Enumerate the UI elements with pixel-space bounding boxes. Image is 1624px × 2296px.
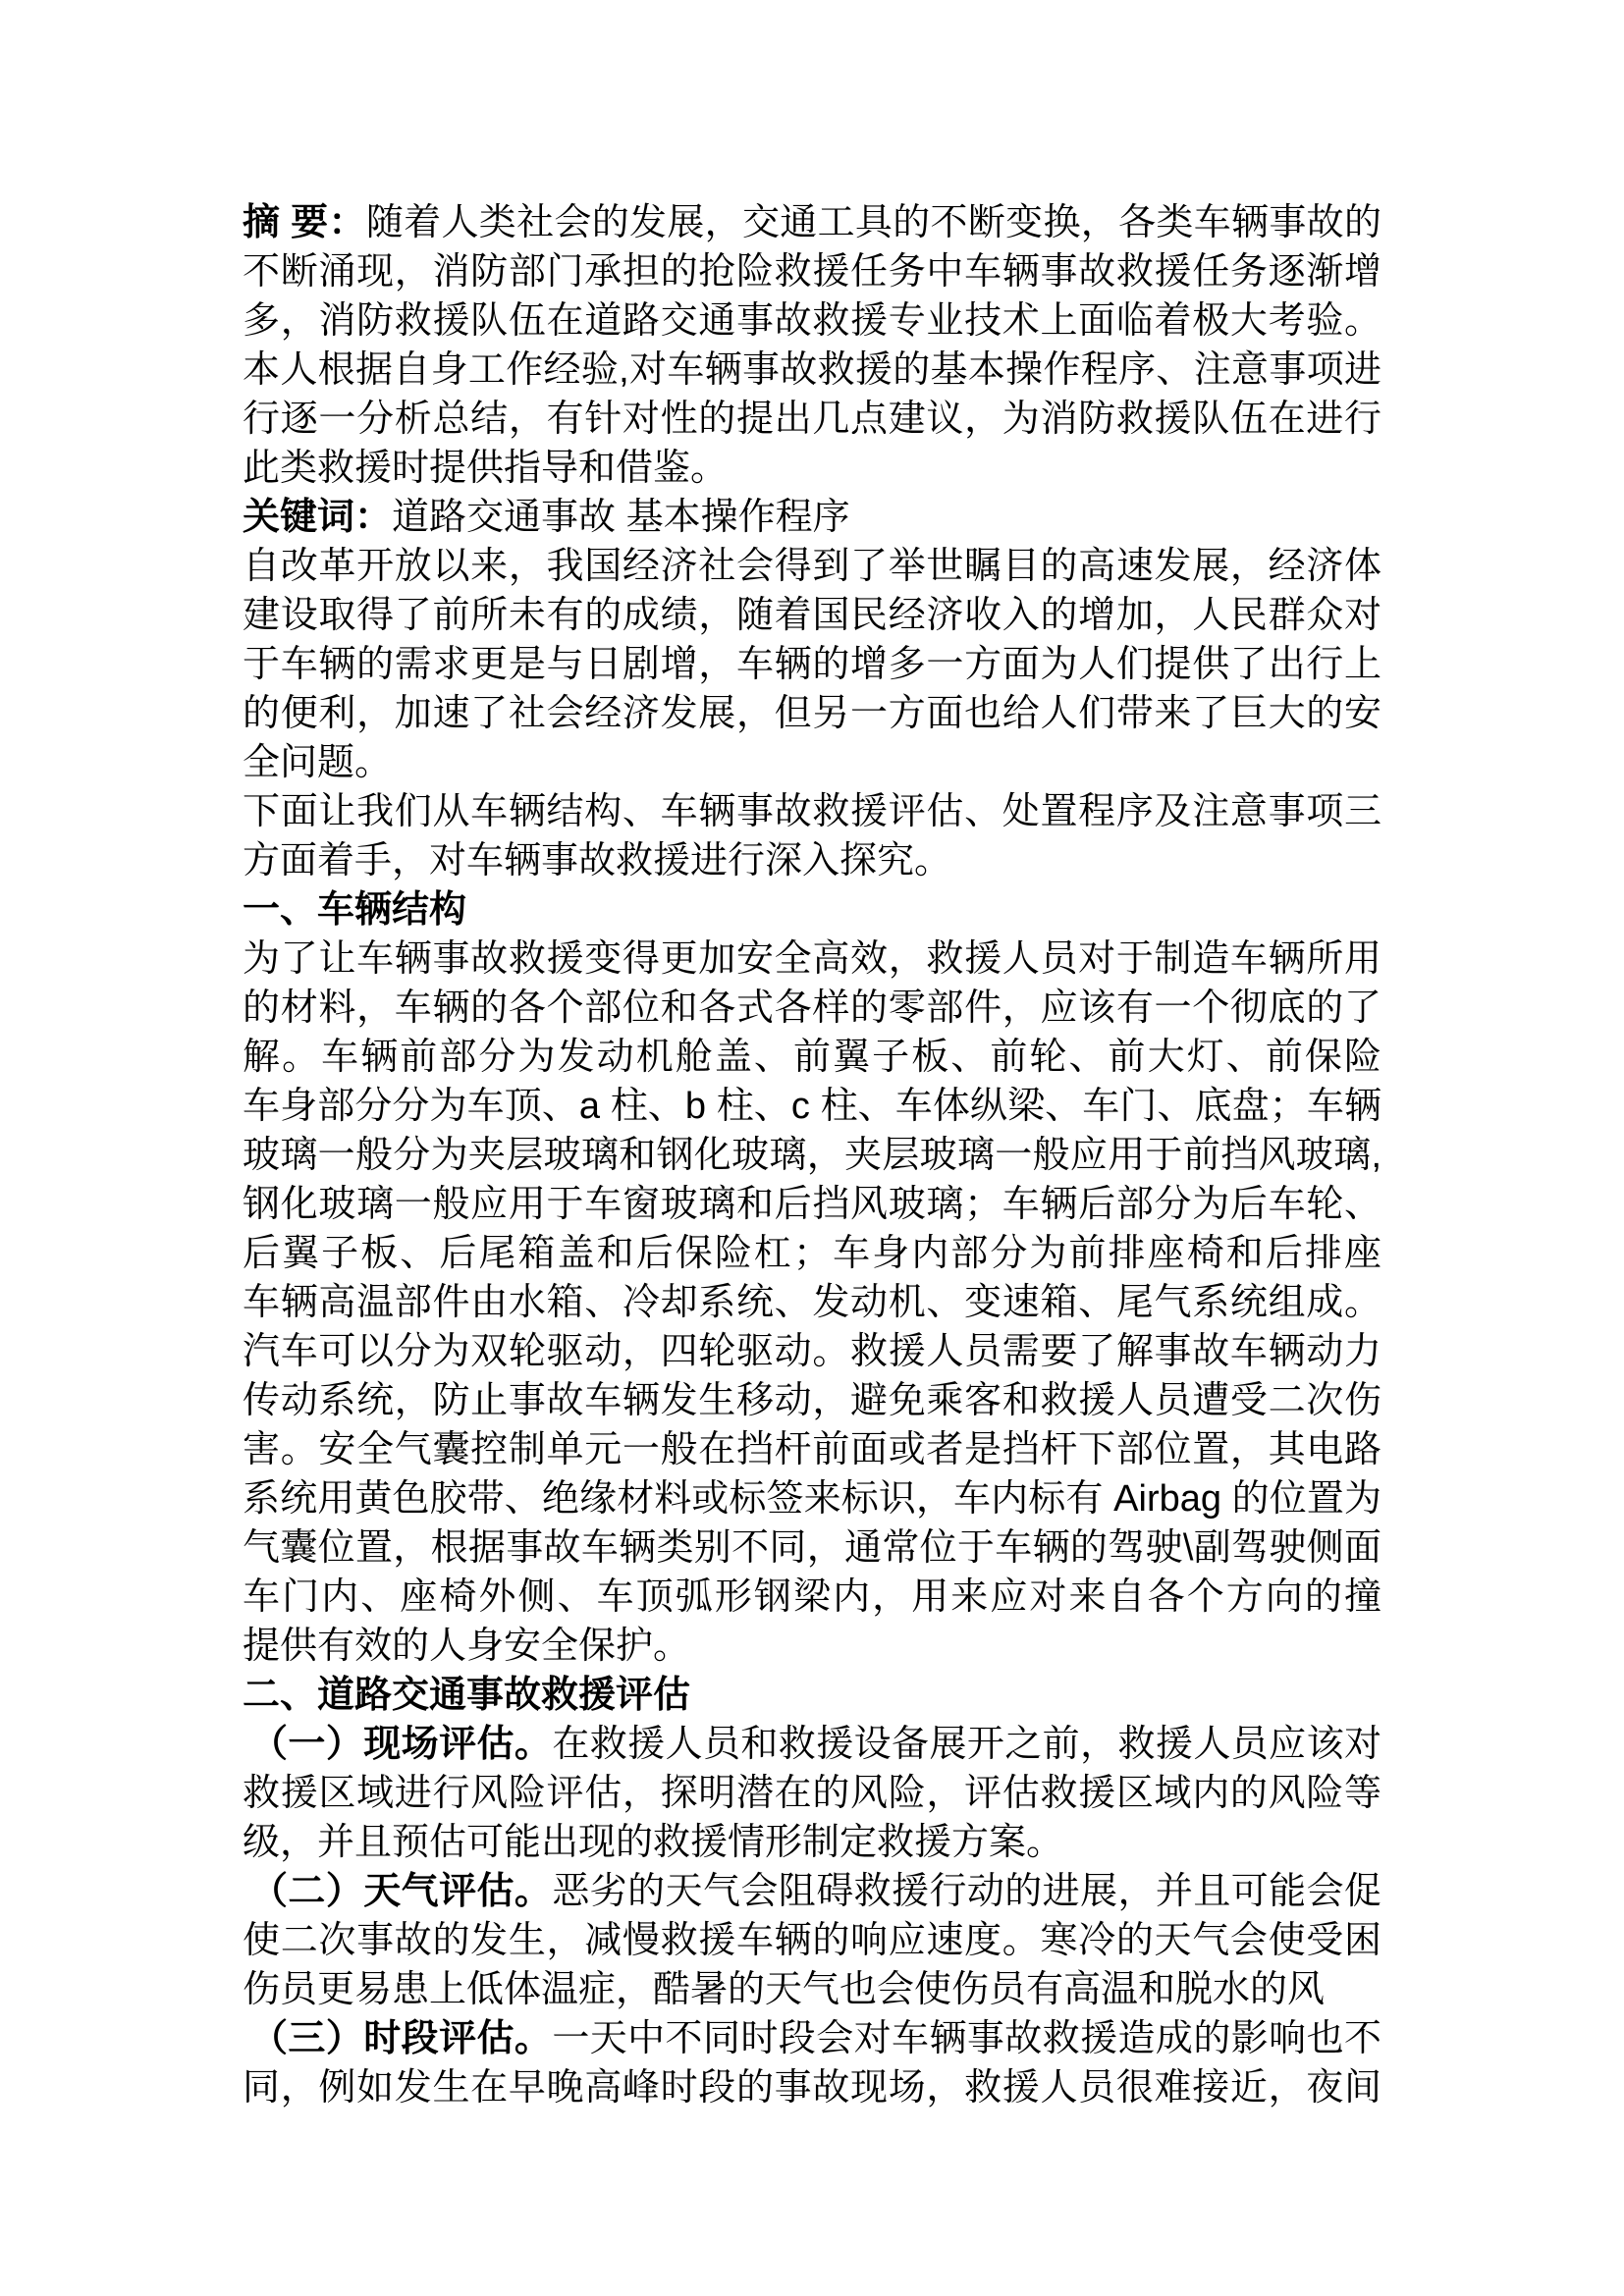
text-run: 本人根据自身工作经验,对车辆事故救援的基本操作程序、注意事项进 — [243, 349, 1381, 391]
text-run: 一天中不同时段会对车辆事故救援造成的影响也不 — [552, 2018, 1381, 2059]
text-line: （三）时段评估。一天中不同时段会对车辆事故救援造成的影响也不 — [243, 2014, 1381, 2063]
text-line: 的材料，车辆的各个部位和各式各样的零部件，应该有一个彻底的了 — [243, 984, 1381, 1033]
text-run: 后翼子板、后尾箱盖和后保险杠；车身内部分为前排座椅和后排座椅； — [243, 1233, 1381, 1278]
text-run: 同，例如发生在早晚高峰时段的事故现场，救援人员很难接近，夜间 — [243, 2067, 1381, 2109]
text-line: 行逐一分析总结，有针对性的提出几点建议，为消防救援队伍在进行 — [243, 395, 1381, 444]
text-line: 方面着手，对车辆事故救援进行深入探究。 — [243, 836, 1381, 885]
text-run: 使二次事故的发生，减慢救援车辆的响应速度。寒冷的天气会使受困 — [243, 1920, 1381, 1961]
bold-text-run: （一）现场评估。 — [250, 1724, 552, 1765]
text-line: 车辆高温部件由水箱、冷却系统、发动机、变速箱、尾气系统组成。 — [243, 1278, 1381, 1327]
text-run: 车门内、座椅外侧、车顶弧形钢梁内，用来应对来自各个方向的撞击， — [243, 1576, 1381, 1622]
text-run: 害。安全气囊控制单元一般在挡杆前面或者是挡杆下部位置，其电路 — [243, 1429, 1381, 1470]
text-line: 二、道路交通事故救援评估 — [243, 1671, 1381, 1720]
text-run: 自改革开放以来，我国经济社会得到了举世瞩目的高速发展，经济体 — [243, 546, 1381, 587]
text-line: 玻璃一般分为夹层玻璃和钢化玻璃，夹层玻璃一般应用于前挡风玻璃, — [243, 1131, 1381, 1180]
text-line: 伤员更易患上低体温症，酷暑的天气也会使伤员有高温和脱水的风险。 — [243, 1965, 1381, 2014]
text-line: 车身部分分为车顶、a 柱、b 柱、c 柱、车体纵梁、车门、底盘；车辆 — [243, 1082, 1381, 1131]
text-run: 道路交通事故 基本操作程序 — [392, 497, 850, 538]
text-line: 于车辆的需求更是与日剧增，车辆的增多一方面为人们提供了出行上 — [243, 640, 1381, 689]
text-run: 的材料，车辆的各个部位和各式各样的零部件，应该有一个彻底的了 — [243, 988, 1381, 1029]
text-line: 自改革开放以来，我国经济社会得到了举世瞩目的高速发展，经济体 — [243, 542, 1381, 591]
text-run: 解。车辆前部分为发动机舱盖、前翼子板、前轮、前大灯、前保险杠； — [243, 1037, 1381, 1082]
text-line: 一、车辆结构 — [243, 885, 1381, 934]
text-line: 使二次事故的发生，减慢救援车辆的响应速度。寒冷的天气会使受困 — [243, 1916, 1381, 1965]
text-line: 全问题。 — [243, 738, 1381, 787]
text-run: 系统用黄色胶带、绝缘材料或标签来标识，车内标有 Airbag 的位置为 — [243, 1478, 1381, 1520]
text-run: 随着人类社会的发展，交通工具的不断变换，各类车辆事故的 — [366, 202, 1381, 243]
bold-text-run: 摘 要： — [243, 202, 366, 243]
bold-text-run: （三）时段评估。 — [250, 2018, 552, 2059]
text-run: 不断涌现，消防部门承担的抢险救援任务中车辆事故救援任务逐渐增 — [243, 251, 1381, 293]
text-line: 级，并且预估可能出现的救援情形制定救援方案。 — [243, 1818, 1381, 1867]
text-line: 传动系统，防止事故车辆发生移动，避免乘客和救援人员遭受二次伤 — [243, 1376, 1381, 1425]
text-line: 摘 要：随着人类社会的发展，交通工具的不断变换，各类车辆事故的 — [243, 198, 1381, 247]
text-line: （二）天气评估。恶劣的天气会阻碍救援行动的进展，并且可能会促 — [243, 1867, 1381, 1916]
text-run: 的便利，加速了社会经济发展，但另一方面也给人们带来了巨大的安 — [243, 693, 1381, 734]
text-line: 本人根据自身工作经验,对车辆事故救援的基本操作程序、注意事项进 — [243, 346, 1381, 395]
text-run: 全问题。 — [243, 742, 392, 783]
text-line: 系统用黄色胶带、绝缘材料或标签来标识，车内标有 Airbag 的位置为 — [243, 1474, 1381, 1523]
text-line: 车门内、座椅外侧、车顶弧形钢梁内，用来应对来自各个方向的撞击， — [243, 1573, 1381, 1622]
bold-text-run: 二、道路交通事故救援评估 — [243, 1675, 690, 1716]
text-run: 恶劣的天气会阻碍救援行动的进展，并且可能会促 — [552, 1871, 1381, 1912]
text-run: 钢化玻璃一般应用于车窗玻璃和后挡风玻璃；车辆后部分为后车轮、 — [243, 1184, 1381, 1225]
text-line: 此类救援时提供指导和借鉴。 — [243, 444, 1381, 493]
text-line: 同，例如发生在早晚高峰时段的事故现场，救援人员很难接近，夜间 — [243, 2063, 1381, 2112]
text-line: 下面让我们从车辆结构、车辆事故救援评估、处置程序及注意事项三 — [243, 787, 1381, 836]
text-line: 救援区域进行风险评估，探明潜在的风险，评估救援区域内的风险等 — [243, 1769, 1381, 1818]
text-run: 级，并且预估可能出现的救援情形制定救援方案。 — [243, 1822, 1063, 1863]
text-line: 关键词：道路交通事故 基本操作程序 — [243, 493, 1381, 542]
text-run: 下面让我们从车辆结构、车辆事故救援评估、处置程序及注意事项三 — [243, 791, 1381, 832]
text-run: 提供有效的人身安全保护。 — [243, 1626, 690, 1667]
text-run: 汽车可以分为双轮驱动，四轮驱动。救援人员需要了解事故车辆动力 — [243, 1331, 1381, 1372]
text-run: 车身部分分为车顶、a 柱、b 柱、c 柱、车体纵梁、车门、底盘；车辆 — [243, 1086, 1381, 1127]
text-line: 解。车辆前部分为发动机舱盖、前翼子板、前轮、前大灯、前保险杠； — [243, 1033, 1381, 1082]
text-line: 不断涌现，消防部门承担的抢险救援任务中车辆事故救援任务逐渐增 — [243, 247, 1381, 296]
text-run: 建设取得了前所未有的成绩，随着国民经济收入的增加，人民群众对 — [243, 595, 1381, 636]
text-line: 害。安全气囊控制单元一般在挡杆前面或者是挡杆下部位置，其电路 — [243, 1425, 1381, 1474]
text-line: 为了让车辆事故救援变得更加安全高效，救援人员对于制造车辆所用 — [243, 934, 1381, 984]
bold-text-run: （二）天气评估。 — [250, 1871, 552, 1912]
text-line: 气囊位置，根据事故车辆类别不同，通常位于车辆的驾驶\副驾驶侧面 — [243, 1523, 1381, 1573]
text-run: 在救援人员和救援设备展开之前，救援人员应该对 — [552, 1724, 1381, 1765]
document-body: 摘 要：随着人类社会的发展，交通工具的不断变换，各类车辆事故的不断涌现，消防部门… — [243, 198, 1381, 2112]
text-run: 于车辆的需求更是与日剧增，车辆的增多一方面为人们提供了出行上 — [243, 644, 1381, 685]
text-line: 的便利，加速了社会经济发展，但另一方面也给人们带来了巨大的安 — [243, 689, 1381, 738]
document-page: 摘 要：随着人类社会的发展，交通工具的不断变换，各类车辆事故的不断涌现，消防部门… — [243, 0, 1381, 2112]
text-line: 提供有效的人身安全保护。 — [243, 1622, 1381, 1671]
text-run: 传动系统，防止事故车辆发生移动，避免乘客和救援人员遭受二次伤 — [243, 1380, 1381, 1421]
text-run: 为了让车辆事故救援变得更加安全高效，救援人员对于制造车辆所用 — [243, 938, 1381, 980]
text-run: 伤员更易患上低体温症，酷暑的天气也会使伤员有高温和脱水的风险。 — [243, 1969, 1325, 2014]
text-run: 车辆高温部件由水箱、冷却系统、发动机、变速箱、尾气系统组成。 — [243, 1282, 1381, 1323]
bold-text-run: 关键词： — [243, 497, 392, 538]
text-run: 气囊位置，根据事故车辆类别不同，通常位于车辆的驾驶\副驾驶侧面 — [243, 1527, 1381, 1569]
text-line: 多，消防救援队伍在道路交通事故救援专业技术上面临着极大考验。 — [243, 296, 1381, 346]
text-run: 此类救援时提供指导和借鉴。 — [243, 448, 728, 489]
text-line: 后翼子板、后尾箱盖和后保险杠；车身内部分为前排座椅和后排座椅； — [243, 1229, 1381, 1278]
text-run: 救援区域进行风险评估，探明潜在的风险，评估救援区域内的风险等 — [243, 1773, 1381, 1814]
text-line: 建设取得了前所未有的成绩，随着国民经济收入的增加，人民群众对 — [243, 591, 1381, 640]
text-line: （一）现场评估。在救援人员和救援设备展开之前，救援人员应该对 — [243, 1720, 1381, 1769]
text-run: 玻璃一般分为夹层玻璃和钢化玻璃，夹层玻璃一般应用于前挡风玻璃, — [243, 1135, 1381, 1176]
text-run: 行逐一分析总结，有针对性的提出几点建议，为消防救援队伍在进行 — [243, 399, 1381, 440]
text-run: 方面着手，对车辆事故救援进行深入探究。 — [243, 840, 951, 881]
bold-text-run: 一、车辆结构 — [243, 889, 466, 931]
text-line: 钢化玻璃一般应用于车窗玻璃和后挡风玻璃；车辆后部分为后车轮、 — [243, 1180, 1381, 1229]
text-run: 多，消防救援队伍在道路交通事故救援专业技术上面临着极大考验。 — [243, 300, 1381, 342]
text-line: 汽车可以分为双轮驱动，四轮驱动。救援人员需要了解事故车辆动力 — [243, 1327, 1381, 1376]
